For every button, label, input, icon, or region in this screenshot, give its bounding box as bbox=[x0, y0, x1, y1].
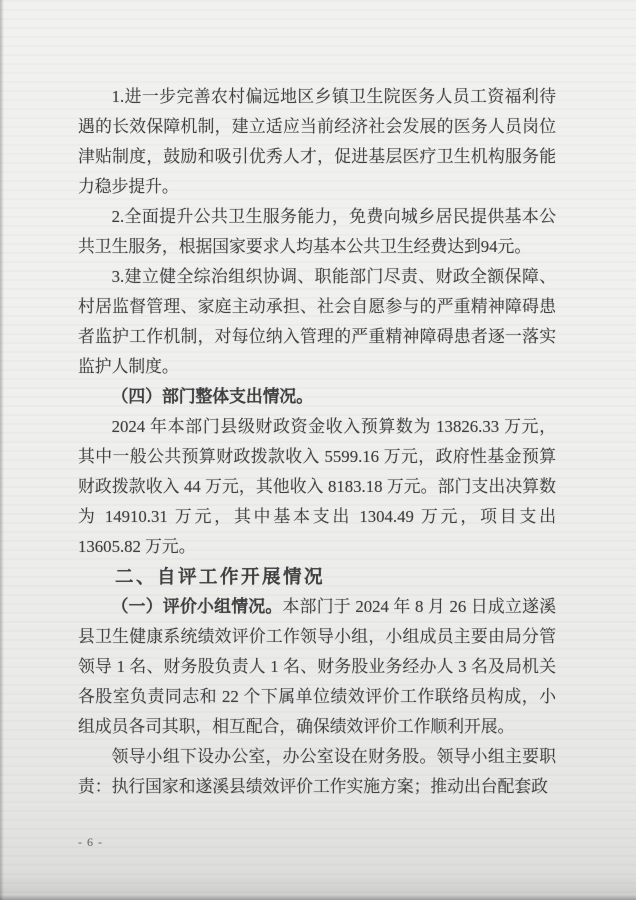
paragraph-item-3: 3.建立健全综治组织协调、职能部门尽责、财政全额保障、村居监督管理、家庭主动承担… bbox=[78, 262, 556, 382]
paragraph-budget-figures: 2024 年本部门县级财政资金收入预算数为 13826.33 万元，其中一般公共… bbox=[78, 412, 556, 562]
document-body: 1.进一步完善农村偏远地区乡镇卫生院医务人员工资福利待遇的长效保障机制，建立适应… bbox=[78, 82, 556, 802]
paragraph-item-1: 1.进一步完善农村偏远地区乡镇卫生院医务人员工资福利待遇的长效保障机制，建立适应… bbox=[78, 82, 556, 202]
page-number: - 6 - bbox=[78, 835, 103, 850]
paragraph-leading-group-office: 领导小组下设办公室，办公室设在财务股。领导小组主要职责：执行国家和遂溪县绩效评价… bbox=[78, 742, 556, 802]
paragraph-evaluation-group-text: 本部门于 2024 年 8 月 26 日成立遂溪县卫生健康系统绩效评价工作领导小… bbox=[78, 597, 556, 736]
section-heading-part-expenditure: （四）部门整体支出情况。 bbox=[78, 382, 556, 412]
paragraph-item-2: 2.全面提升公共卫生服务能力，免费向城乡居民提供基本公共卫生服务，根据国家要求人… bbox=[78, 202, 556, 262]
section-heading-evaluation-group: （一）评价小组情况。 bbox=[112, 597, 283, 616]
scan-edge-bottom bbox=[0, 895, 636, 900]
scanned-document-page: 1.进一步完善农村偏远地区乡镇卫生院医务人员工资福利待遇的长效保障机制，建立适应… bbox=[0, 0, 636, 900]
chapter-heading-self-evaluation: 二、自评工作开展情况 bbox=[78, 562, 556, 592]
paragraph-evaluation-group: （一）评价小组情况。本部门于 2024 年 8 月 26 日成立遂溪县卫生健康系… bbox=[78, 592, 556, 742]
scan-edge-left bbox=[0, 0, 4, 900]
